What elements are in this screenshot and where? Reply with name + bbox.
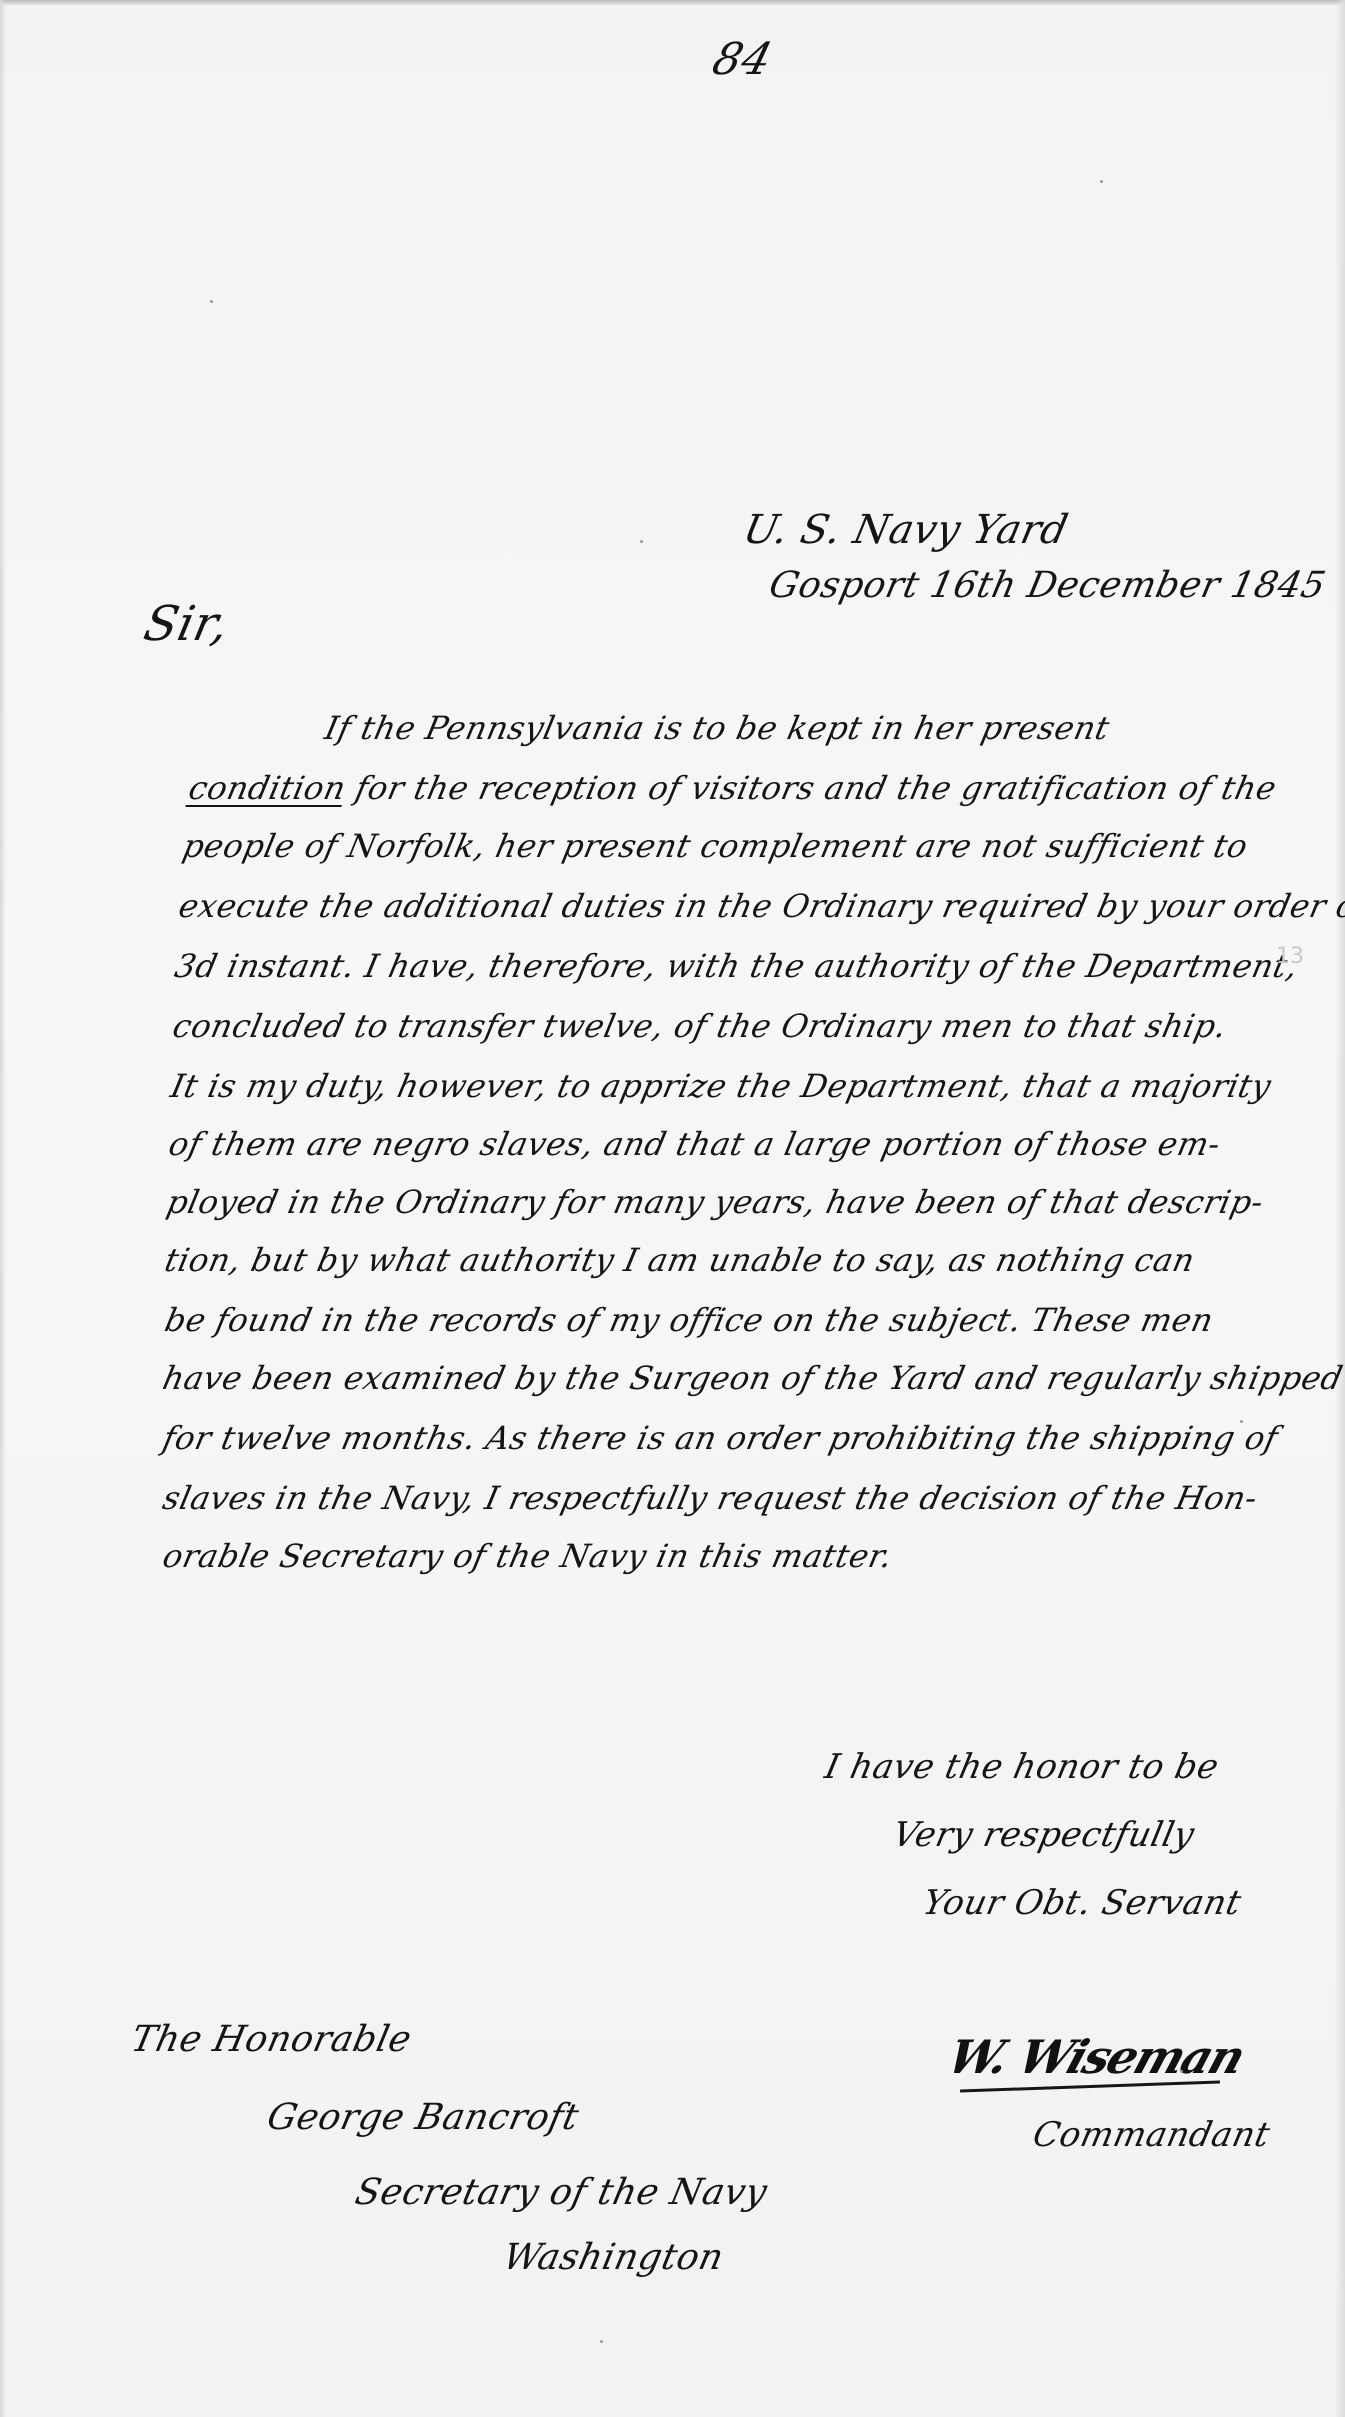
salutation: Sir, — [140, 600, 233, 648]
body-line: execute the additional duties in the Ord… — [176, 890, 1345, 922]
page-number: 84 — [708, 38, 777, 82]
body-line: It is my duty, however, to apprize the D… — [168, 1070, 1274, 1102]
paper-speck — [640, 540, 643, 543]
paper-speck — [1100, 180, 1103, 183]
paper-speck — [600, 2340, 603, 2343]
addressee-line-4: Washington — [500, 2240, 727, 2276]
body-line: be found in the records of my office on … — [162, 1304, 1216, 1336]
body-line: slaves in the Navy, I respectfully reque… — [160, 1482, 1260, 1514]
body-line: orable Secretary of the Navy in this mat… — [160, 1540, 895, 1572]
addressee-line-2: George Bancroft — [264, 2100, 582, 2136]
page-edge-right — [1335, 0, 1345, 2417]
letter-date: Gosport 16th December 1845 — [766, 568, 1329, 604]
body-line-rest: for the reception of visitors and the gr… — [341, 769, 1280, 807]
addressee-line-3: Secretary of the Navy — [352, 2175, 770, 2211]
page-edge-left — [0, 0, 6, 2417]
addressee-line-1: The Honorable — [128, 2022, 415, 2058]
body-line: for twelve months. As there is an order … — [160, 1422, 1281, 1454]
closing-line-1: I have the honor to be — [822, 1750, 1222, 1784]
page-edge-top — [0, 0, 1345, 6]
signature-title: Commandant — [1030, 2118, 1273, 2152]
body-line: people of Norfolk, her present complemen… — [180, 830, 1251, 862]
document-page: 84 U. S. Navy Yard Gosport 16th December… — [0, 0, 1345, 2417]
margin-mark: 13 — [1276, 944, 1304, 969]
signature: W. Wiseman — [941, 2030, 1250, 2084]
closing-line-2: Very respectfully — [890, 1818, 1197, 1852]
body-line: If the Pennsylvania is to be kept in her… — [322, 712, 1112, 744]
body-line: tion, but by what authority I am unable … — [162, 1244, 1198, 1276]
paper-speck — [210, 300, 213, 303]
closing-line-3: Your Obt. Servant — [920, 1886, 1244, 1920]
letter-place: U. S. Navy Yard — [740, 510, 1072, 550]
body-line: of them are negro slaves, and that a lar… — [166, 1128, 1223, 1160]
body-line: have been examined by the Surgeon of the… — [160, 1362, 1345, 1394]
body-line: concluded to transfer twelve, of the Ord… — [170, 1010, 1230, 1042]
body-line: ployed in the Ordinary for many years, h… — [164, 1186, 1267, 1218]
paper-speck — [1240, 1420, 1243, 1423]
underlined-word: condition — [185, 769, 349, 807]
paper-speck — [1180, 2070, 1183, 2073]
body-line: condition for the reception of visitors … — [186, 772, 1279, 804]
body-line: 3d instant. I have, therefore, with the … — [172, 950, 1301, 982]
